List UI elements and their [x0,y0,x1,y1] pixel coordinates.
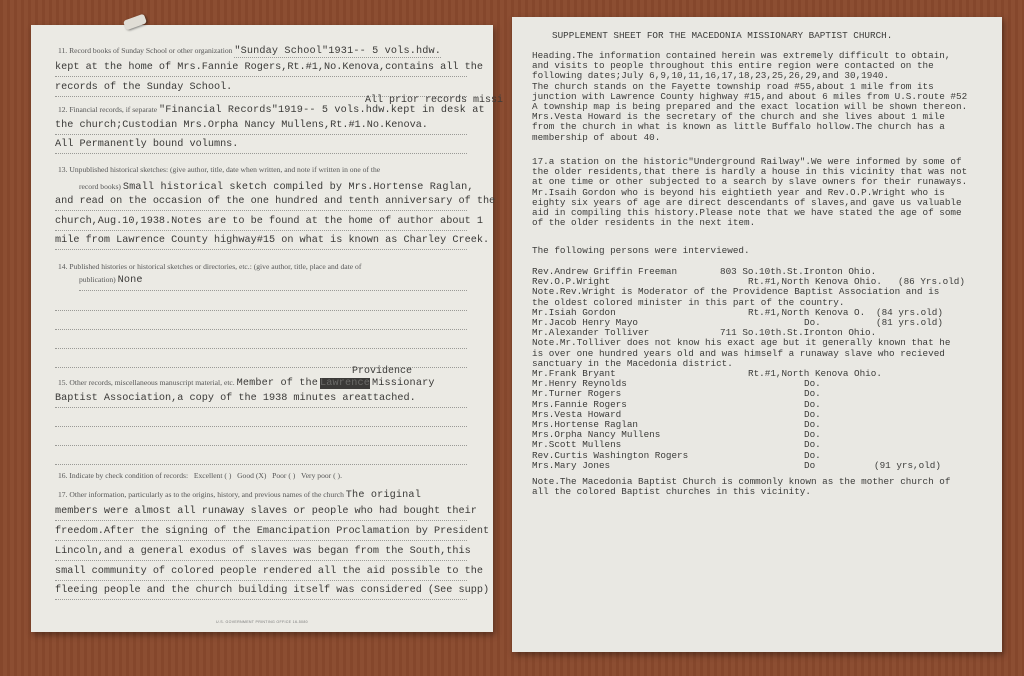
q12-label: 12. Financial records, if separate [58,105,157,114]
interviewee-name: Mrs.Mary Jones [532,461,610,471]
q17-line-4: small community of colored people render… [55,563,467,581]
interviewee-note: Note.Mr.Tolliver does not know his exact… [532,338,950,369]
q16-condition-row: 16. Indicate by check condition of recor… [58,471,473,480]
supplement-title: SUPPLEMENT SHEET FOR THE MACEDONIA MISSI… [552,30,892,41]
interviewed-heading: The following persons were interviewed. [532,246,750,256]
q17-line-2: freedom.After the signing of the Emancip… [55,523,467,541]
closing-note: Note.The Macedonia Baptist Church is com… [532,477,950,497]
historical-records-form-page: 11. Record books of Sunday School or oth… [31,25,493,632]
interviewee-note: Note.Rev.Wright is Moderator of the Prov… [532,287,939,307]
q12-label-row: 12. Financial records, if separate "Fina… [58,105,473,116]
interviewee-age: (91 yrs,old) [874,461,941,471]
q15-struck-word: Lawrence [320,378,370,389]
torn-corner [123,14,147,31]
q16-label: 16. Indicate by check condition of recor… [58,471,188,480]
q17-label-row: 17. Other information, particularly as t… [58,490,473,501]
q12-line-1: the church;Custodian Mrs.Orpha Nancy Mul… [55,117,467,135]
q17-answer: The original [346,490,421,501]
q16-option-poor: Poor [272,471,286,480]
q13-line-1: and read on the occasion of the one hund… [55,193,467,211]
q15-line-3 [55,428,467,446]
q11-label: 11. Record books of Sunday School or oth… [58,46,232,55]
q15-label-row: 15. Other records, miscellaneous manuscr… [58,378,473,389]
q15-line-2 [55,409,467,427]
q16-mark-excellent: ( ) [224,471,231,480]
q11-line-1: kept at the home of Mrs.Fannie Rogers,Rt… [55,59,467,77]
q15-answer-after: Missionary [372,378,435,389]
supplement-sheet-page: SUPPLEMENT SHEET FOR THE MACEDONIA MISSI… [512,17,1002,652]
q15-line-4 [55,447,467,465]
q12-line-2: All Permanently bound volumns. [55,136,467,154]
q13-label: 13. Unpublished historical sketches: (gi… [58,165,473,174]
q13-line-2: church,Aug.10,1938.Notes are to be found… [55,213,467,231]
q15-answer-before: Member of the [237,378,318,389]
q13-answer: Small historical sketch compiled by Mrs.… [123,182,474,193]
q14-line-1 [55,293,467,311]
q16-option-very-poor: Very poor [301,471,331,480]
q16-option-excellent: Excellent [194,471,223,480]
q13-label-cont: record books) [79,182,121,191]
q16-mark-very-poor: ( ). [333,471,342,480]
q15-interline-note: Providence [352,366,412,377]
q13-label-cont-row: record books) Small historical sketch co… [79,182,473,193]
q14-label: 14. Published histories or historical sk… [58,262,473,271]
printing-office-footer: U.S. GOVERNMENT PRINTING OFFICE 16-5080 [31,620,493,624]
q13-line-3: mile from Lawrence County highway#15 on … [55,232,467,250]
q15-line-1: Baptist Association,a copy of the 1938 m… [55,390,467,408]
q16-mark-good: (X) [256,471,267,480]
q17-line-5: fleeing people and the church building i… [55,582,467,600]
q11-answer: "Sunday School"1931-- 5 vols.hdw. [234,46,441,58]
q11-label-row: 11. Record books of Sunday School or oth… [58,46,473,57]
heading-paragraph: Heading.The information contained herein… [532,51,967,143]
item17-paragraph: 17.a station on the historic"Underground… [532,157,967,228]
interviewee-age: (81 yrs.old) [876,318,943,328]
interviewee-address: Do [804,461,815,471]
q17-label: 17. Other information, particularly as t… [58,490,344,499]
q16-option-good: Good [237,471,254,480]
q14-line-0 [79,273,467,291]
q15-label: 15. Other records, miscellaneous manuscr… [58,378,235,387]
q17-line-3: Lincoln,and a general exodus of slaves w… [55,543,467,561]
q14-line-2 [55,312,467,330]
q12-answer: "Financial Records"1919-- 5 vols.hdw.kep… [159,105,485,116]
q17-line-1: members were almost all runaway slaves o… [55,503,467,521]
q14-line-3 [55,331,467,349]
q16-mark-poor: ( ) [288,471,295,480]
